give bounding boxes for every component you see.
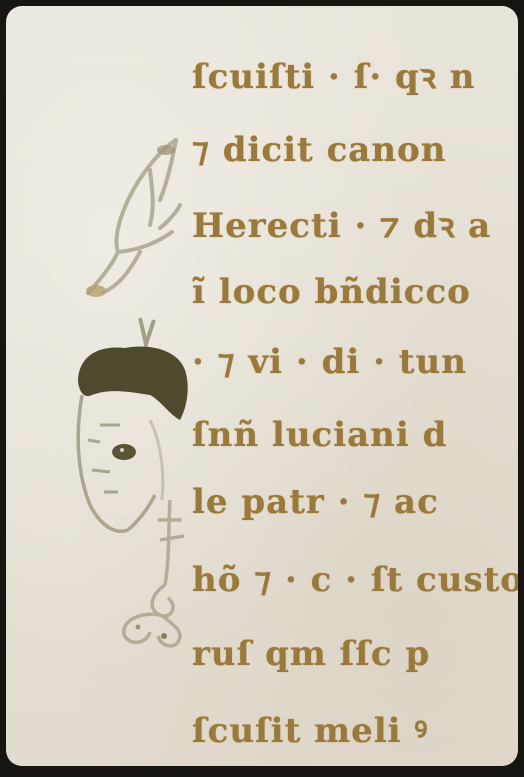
manuscript-line-8: hõ ⁊ · c · ſt custo <box>192 560 518 600</box>
manuscript-line-5: · ⁊ vi · di · tun <box>192 342 467 382</box>
manuscript-line-4: ĩ loco bñdicco <box>192 272 471 312</box>
head-drawing <box>78 318 188 531</box>
manuscript-line-9: ruſ qm ſſc p <box>192 634 430 674</box>
manuscript-line-7: le patr · ⁊ ac <box>192 482 439 522</box>
manuscript-line-2: ⁊ dicit canon <box>192 130 446 170</box>
manuscript-line-6: ſnñ luciani d <box>192 415 447 455</box>
manuscript-line-1: ſcuiſti · ſ· qꝛ n <box>192 52 475 98</box>
manicule-drawing <box>88 140 180 293</box>
manuscript-line-10: ſcuſit meli ꝰ <box>192 706 428 752</box>
manuscript-page: ſcuiſti · ſ· qꝛ n ⁊ dicit canon Herecti … <box>6 6 518 766</box>
manuscript-line-3: Herecti · ⁊ dꝛ a <box>192 201 491 247</box>
slide-frame: ſcuiſti · ſ· qꝛ n ⁊ dicit canon Herecti … <box>0 0 524 777</box>
pendant-flourish-drawing <box>124 500 184 646</box>
